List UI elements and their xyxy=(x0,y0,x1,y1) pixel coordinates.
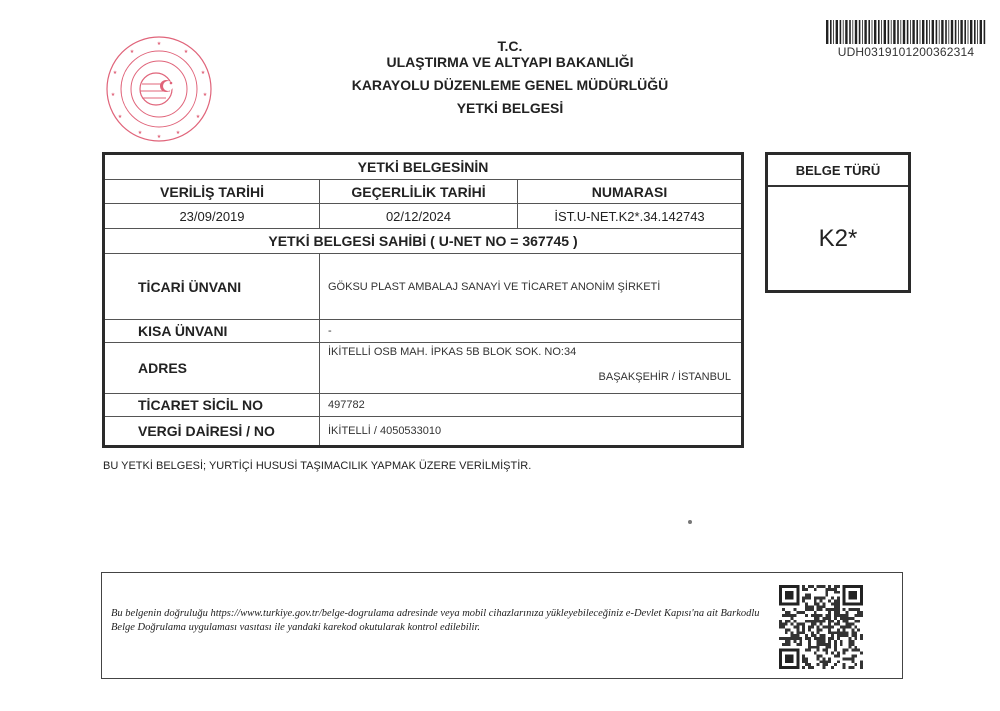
field-row-trade-name: TİCARİ ÜNVANI GÖKSU PLAST AMBALAJ SANAYİ… xyxy=(105,254,741,320)
holder-title-row: YETKİ BELGESİ SAHİBİ ( U-NET NO = 367745… xyxy=(105,229,741,254)
svg-text:★: ★ xyxy=(157,134,162,140)
holder-title: YETKİ BELGESİ SAHİBİ ( U-NET NO = 367745… xyxy=(105,229,741,253)
tax-office-value: İKİTELLİ / 4050533010 xyxy=(319,417,741,445)
document-title: YETKİ BELGESİ xyxy=(300,100,720,116)
address-line2: BAŞAKŞEHİR / İSTANBUL xyxy=(591,371,731,383)
svg-text:★: ★ xyxy=(157,41,162,47)
short-name-value: - xyxy=(319,320,741,342)
document-type-value: K2* xyxy=(768,187,908,290)
header-tc: T.C. xyxy=(300,38,720,54)
trade-registry-value: 497782 xyxy=(319,394,741,416)
section-title-row: YETKİ BELGESİNİN xyxy=(105,155,741,180)
values-row: 23/09/2019 02/12/2024 İST.U-NET.K2*.34.1… xyxy=(105,204,741,229)
trade-registry-label: TİCARET SİCİL NO xyxy=(105,394,319,416)
scan-speck xyxy=(688,520,692,524)
trade-name-label: TİCARİ ÜNVANI xyxy=(105,254,319,319)
svg-text:★: ★ xyxy=(118,114,123,120)
field-row-tax-office: VERGİ DAİRESİ / NO İKİTELLİ / 4050533010 xyxy=(105,417,741,445)
ministry-seal-icon: ★ ★ ★ ★ ★ ★ ★ ★ ★ ★ ★ ★ xyxy=(104,34,214,144)
address-label: ADRES xyxy=(105,343,319,393)
validity-date-value: 02/12/2024 xyxy=(319,204,517,228)
certificate-table: YETKİ BELGESİNİN VERİLİŞ TARİHİ GEÇERLİL… xyxy=(102,152,744,448)
tax-office-label: VERGİ DAİRESİ / NO xyxy=(105,417,319,445)
issue-date-header: VERİLİŞ TARİHİ xyxy=(105,180,319,203)
directorate-name: KARAYOLU DÜZENLEME GENEL MÜDÜRLÜĞÜ xyxy=(300,77,720,93)
svg-text:★: ★ xyxy=(201,70,206,76)
svg-text:★: ★ xyxy=(138,130,143,136)
section-title: YETKİ BELGESİNİN xyxy=(105,155,741,179)
ministry-name: ULAŞTIRMA VE ALTYAPI BAKANLIĞI xyxy=(300,54,720,70)
verification-text: Bu belgenin doğruluğu https://www.turkiy… xyxy=(111,607,761,635)
barcode-icon xyxy=(826,20,986,44)
field-row-short-name: KISA ÜNVANI - xyxy=(105,320,741,343)
number-header: NUMARASI xyxy=(517,180,741,203)
svg-text:★: ★ xyxy=(203,92,208,98)
svg-text:★: ★ xyxy=(113,70,118,76)
certificate-note: BU YETKİ BELGESİ; YURTİÇİ HUSUSİ TAŞIMAC… xyxy=(103,460,531,472)
field-row-trade-registry: TİCARET SİCİL NO 497782 xyxy=(105,394,741,417)
barcode-number: UDH0319101200362314 xyxy=(826,45,986,59)
validity-date-header: GEÇERLİLİK TARİHİ xyxy=(319,180,517,203)
certificate-number-value: İST.U-NET.K2*.34.142743 xyxy=(517,204,741,228)
svg-text:★: ★ xyxy=(184,49,189,55)
document-type-box: BELGE TÜRÜ K2* xyxy=(765,152,911,293)
qr-code-icon[interactable] xyxy=(779,585,863,669)
svg-text:★: ★ xyxy=(176,130,181,136)
document-type-label: BELGE TÜRÜ xyxy=(768,155,908,187)
field-row-address: ADRES İKİTELLİ OSB MAH. İPKAS 5B BLOK SO… xyxy=(105,343,741,394)
verification-box: Bu belgenin doğruluğu https://www.turkiy… xyxy=(101,572,903,679)
column-header-row: VERİLİŞ TARİHİ GEÇERLİLİK TARİHİ NUMARAS… xyxy=(105,180,741,204)
trade-name-value: GÖKSU PLAST AMBALAJ SANAYİ VE TİCARET AN… xyxy=(319,254,741,319)
short-name-label: KISA ÜNVANI xyxy=(105,320,319,342)
svg-text:★: ★ xyxy=(196,114,201,120)
svg-text:★: ★ xyxy=(130,49,135,55)
address-line1: İKİTELLİ OSB MAH. İPKAS 5B BLOK SOK. NO:… xyxy=(320,346,576,358)
svg-text:★: ★ xyxy=(111,92,116,98)
issue-date-value: 23/09/2019 xyxy=(105,204,319,228)
address-cell: İKİTELLİ OSB MAH. İPKAS 5B BLOK SOK. NO:… xyxy=(319,343,741,393)
